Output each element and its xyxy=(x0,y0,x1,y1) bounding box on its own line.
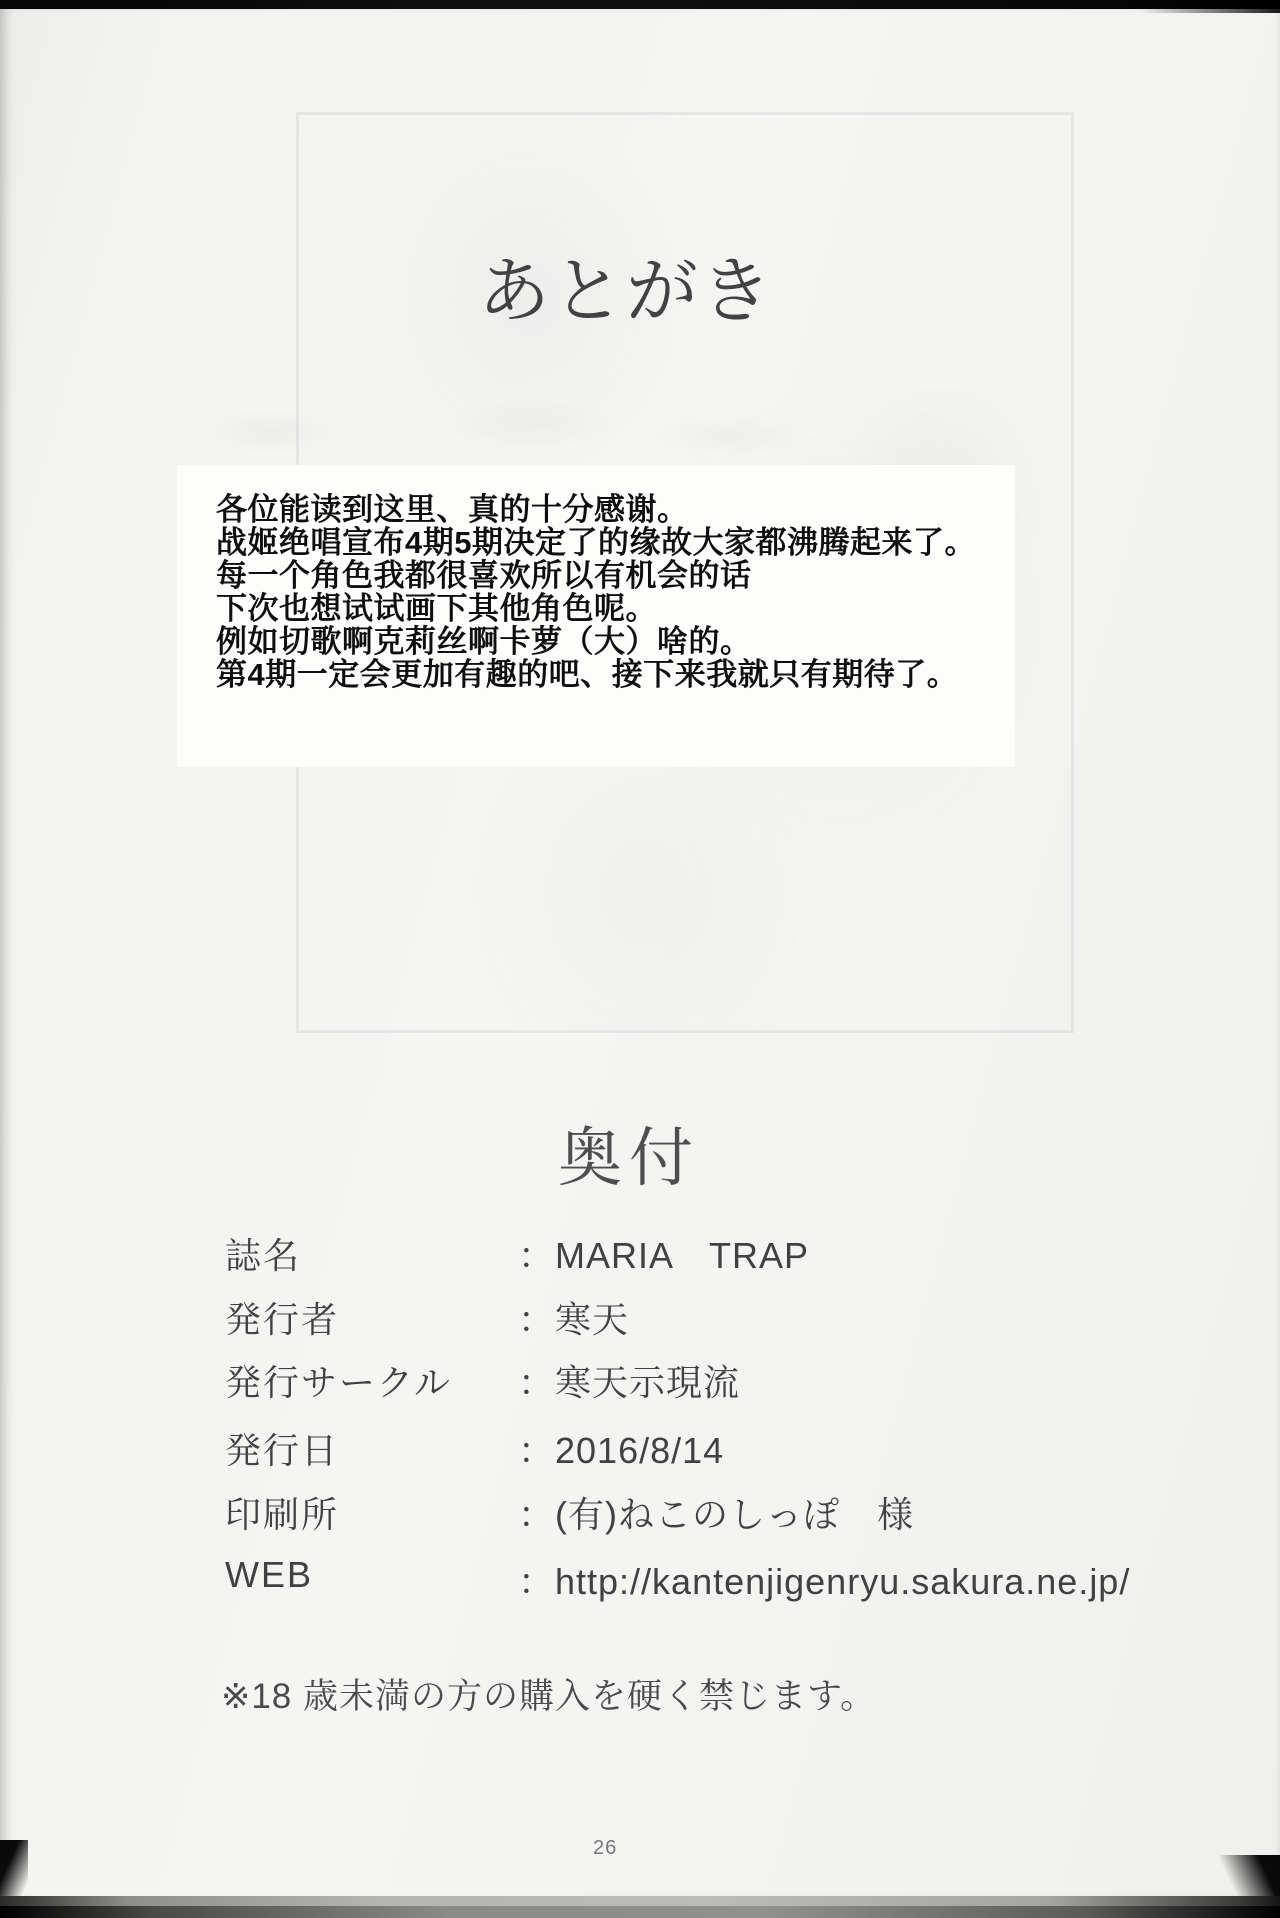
colophon-label: 印刷所 xyxy=(225,1487,339,1538)
afterword-line: 第4期一定会更加有趣的吧、接下来我就只有期待了。 xyxy=(216,658,1016,691)
afterword-text-box: 各位能读到这里、真的十分感谢。 战姬绝唱宣布4期5期决定了的缘故大家都沸腾起来了… xyxy=(177,465,1015,767)
colophon-label: 発行者 xyxy=(225,1292,339,1343)
scanned-doujin-page: { "page": { "afterword_title": "あとがき", "… xyxy=(0,0,1280,1918)
afterword-line: 每一个角色我都很喜欢所以有机会的话 xyxy=(216,559,1016,592)
scan-edge-top-right xyxy=(1140,9,1280,13)
page-number: 26 xyxy=(593,1837,617,1860)
scan-edge-top xyxy=(0,0,1280,9)
colophon-value: ：寒天 xyxy=(518,1292,629,1343)
afterword-line: 例如切歌啊克莉丝啊卡萝（大）啥的。 xyxy=(216,625,1016,658)
colophon-row-author: 発行者 ：寒天 xyxy=(225,1292,339,1343)
colophon-title: 奥付 xyxy=(558,1107,700,1199)
colophon-table: 誌名 ：MARIA TRAP 発行者 ：寒天 発行サークル ：寒天示現流 発行日… xyxy=(225,1228,1055,1623)
afterword-text: 各位能读到这里、真的十分感谢。 战姬绝唱宣布4期5期决定了的缘故大家都沸腾起来了… xyxy=(216,493,1016,691)
colophon-row-web: WEB ：http://kantenjigenryu.sakura.ne.jp/ xyxy=(225,1554,313,1596)
colophon-label: 発行サークル xyxy=(225,1355,452,1406)
colophon-row-date: 発行日 ：2016/8/14 xyxy=(225,1423,339,1474)
showthrough-art-top xyxy=(175,394,825,469)
colophon-label: 発行日 xyxy=(225,1423,339,1474)
colophon-row-circle: 発行サークル ：寒天示現流 xyxy=(225,1355,452,1406)
colophon-label: WEB xyxy=(225,1554,313,1596)
colophon-label: 誌名 xyxy=(225,1228,301,1279)
scan-edge-bottom xyxy=(0,1906,1280,1918)
colophon-value: ：(有)ねこのしっぽ 様 xyxy=(518,1487,914,1538)
colophon-value: ：http://kantenjigenryu.sakura.ne.jp/ xyxy=(518,1554,1130,1605)
scan-page-bottom-edge xyxy=(0,1896,1280,1906)
colophon-row-title: 誌名 ：MARIA TRAP xyxy=(225,1228,301,1279)
age-restriction-notice: ※18 歳未満の方の購入を硬く禁じます。 xyxy=(221,1669,876,1719)
paper-page: あとがき 各位能读到这里、真的十分感谢。 战姬绝唱宣布4期5期决定了的缘故大家都… xyxy=(0,9,1280,1898)
afterword-title: あとがき xyxy=(478,233,774,337)
colophon-value: ：寒天示現流 xyxy=(518,1355,740,1406)
afterword-line: 战姬绝唱宣布4期5期决定了的缘故大家都沸腾起来了。 xyxy=(216,526,1016,559)
colophon-value: ：2016/8/14 xyxy=(518,1423,724,1474)
afterword-line: 下次也想试试画下其他角色呢。 xyxy=(216,592,1016,625)
colophon-row-printer: 印刷所 ：(有)ねこのしっぽ 様 xyxy=(225,1487,339,1538)
colophon-value: ：MARIA TRAP xyxy=(518,1228,809,1279)
afterword-line: 各位能读到这里、真的十分感谢。 xyxy=(216,493,1016,526)
